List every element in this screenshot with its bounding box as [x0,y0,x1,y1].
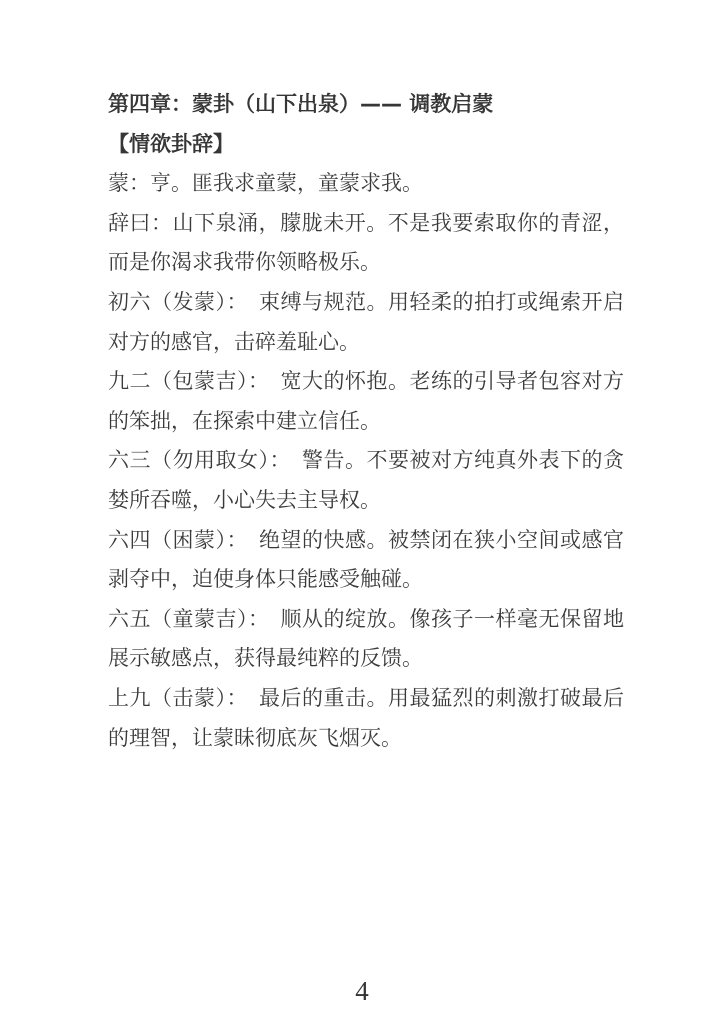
para-liu-san: 六三（勿用取女）： 警告。不要被对方纯真外表下的贪婪所吞噬，小心失去主导权。 [108,441,624,520]
para-jiu-er: 九二（包蒙吉）： 宽大的怀抱。老练的引导者包容对方的笨拙，在探索中建立信任。 [108,362,624,441]
para-shang-jiu: 上九（击蒙）： 最后的重击。用最猛烈的刺激打破最后的理智，让蒙昧彻底灰飞烟灭。 [108,679,624,758]
para-ci-yue: 辞曰：山下泉涌，朦胧未开。不是我要索取你的青涩，而是你渴求我带你领略极乐。 [108,204,624,283]
section-heading: 【情欲卦辞】 [108,125,624,165]
para-chu-liu: 初六（发蒙）： 束缚与规范。用轻柔的拍打或绳索开启对方的感官，击碎羞耻心。 [108,283,624,362]
para-liu-wu: 六五（童蒙吉）： 顺从的绽放。像孩子一样毫无保留地展示敏感点，获得最纯粹的反馈。 [108,600,624,679]
para-gua-statement: 蒙：亨。匪我求童蒙，童蒙求我。 [108,164,624,204]
text-content: 第四章：蒙卦（山下出泉）—— 调教启蒙 【情欲卦辞】 蒙：亨。匪我求童蒙，童蒙求… [108,85,624,758]
document-page: 第四章：蒙卦（山下出泉）—— 调教启蒙 【情欲卦辞】 蒙：亨。匪我求童蒙，童蒙求… [0,0,724,1024]
para-liu-si: 六四（困蒙）： 绝望的快感。被禁闭在狭小空间或感官剥夺中，迫使身体只能感受触碰。 [108,521,624,600]
chapter-title: 第四章：蒙卦（山下出泉）—— 调教启蒙 [108,85,624,125]
page-footer: 4 [0,976,724,1007]
page-number: 4 [355,976,369,1006]
